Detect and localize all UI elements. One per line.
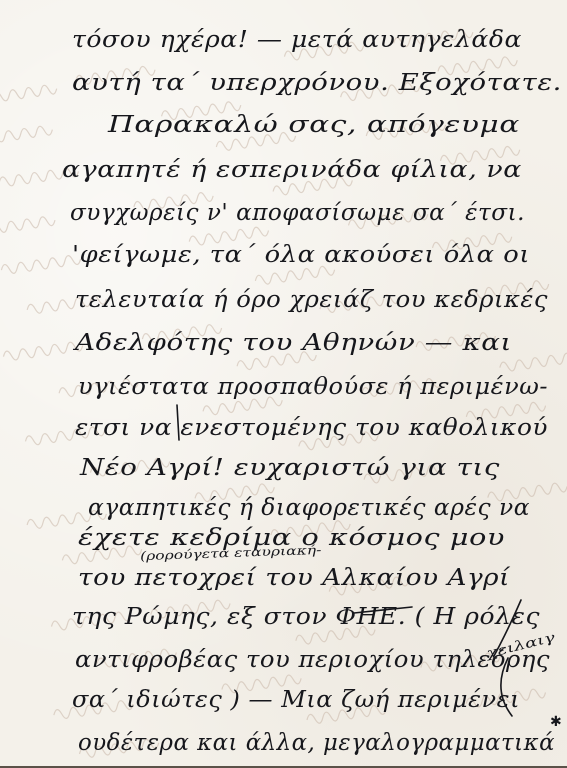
letter-line-12: αγαπητικές ή διαφορετικές αρές να (88, 492, 530, 524)
letter-line-3: Παρακαλώ σας, απόγευμα (108, 109, 520, 141)
letter-line-8: Αδελφότης του Αθηνών — και (75, 327, 512, 359)
letter-line-2: αυτή τα΄ υπερχρόνου. Εξοχότατε. (72, 67, 562, 99)
letter-line-10: ετσι να ενεστομένης του καθολικού (75, 412, 548, 444)
letter-line-14: του πετοχρεί του Αλκαίου Αγρί (78, 562, 510, 594)
letter-line-17: σα΄ ιδιώτες ) — Μια ζωή περιμένει (72, 684, 520, 716)
letter-line-16: αντιφροβέας του περιοχίου τηλεόρης (75, 644, 550, 676)
letter-line-11: Νέο Αγρί! ευχαριστώ για τις (80, 452, 500, 484)
letter-line-5: συγχωρείς ν' αποφασίσωμε σα΄ έτσι. (70, 197, 525, 229)
letter-line-7: τελευταία ή όρο χρειάζ του κεδρικές (75, 284, 548, 316)
letter-page: τόσου ηχέρα! — μετά αυτηγελάδα αυτή τα΄ … (0, 0, 567, 768)
letter-line-9: υγιέστατα προσπαθούσε ή περιμένω- (78, 371, 548, 403)
letter-line-1: τόσου ηχέρα! — μετά αυτηγελάδα (72, 24, 522, 56)
letter-line-4: αγαπητέ ή εσπερινάδα φίλια, να (62, 154, 522, 186)
letter-line-18: ουδέτερα και άλλα, μεγαλογραμματικά (78, 727, 555, 759)
letter-line-6: 'φείγωμε, τα΄ όλα ακούσει όλα οι (72, 239, 530, 271)
letter-line-15: της Ρώμης, εξ στον ΦΗΕ. ( Η ρόλες (72, 601, 540, 633)
